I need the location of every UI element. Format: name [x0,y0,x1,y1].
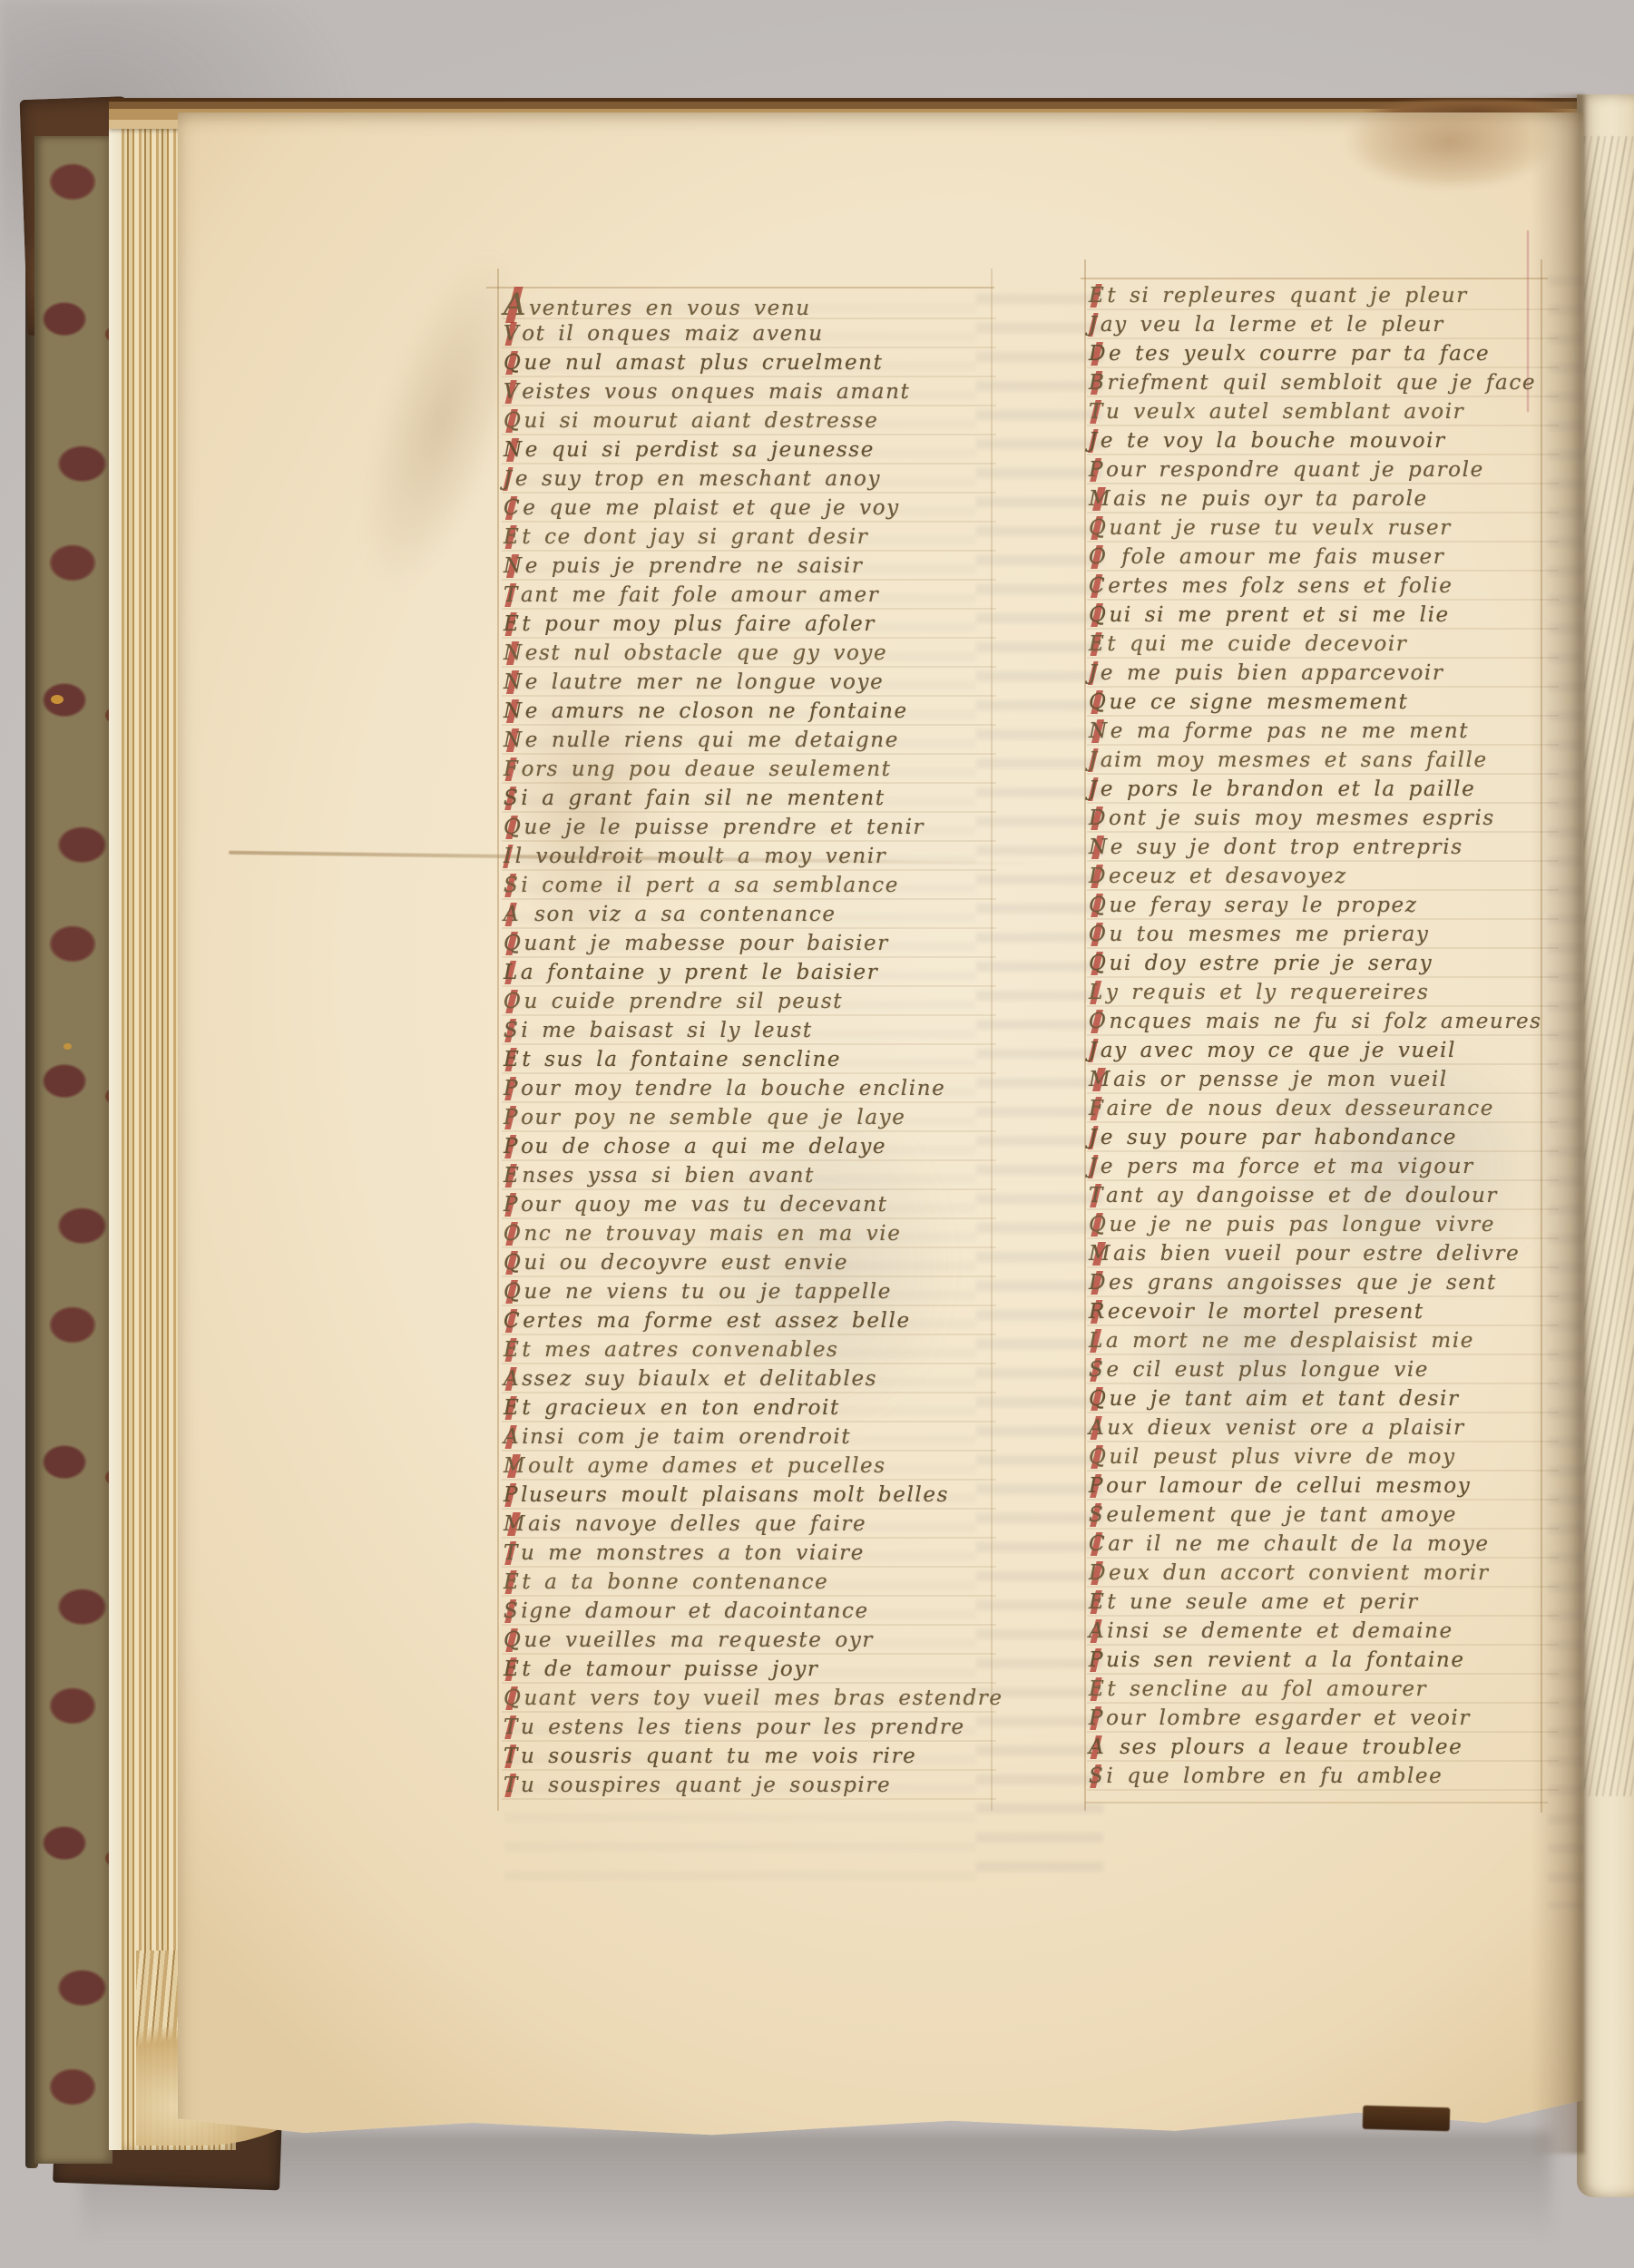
manuscript-line: Certes mes folz sens et folie [1087,572,1559,601]
rubricated-initial: E [502,1164,522,1188]
manuscript-line: Et de tamour puisse joyr [502,1655,996,1684]
manuscript-line: Quil peust plus vivre de moy [1087,1442,1559,1471]
manuscript-line: Qui si me prent et si me lie [1087,601,1559,630]
rubricated-initial: C [1087,574,1108,598]
ruling-line-vertical [1084,259,1086,1811]
manuscript-line: Oncques mais ne fu si folz ameures [1087,1007,1559,1036]
manuscript-line: Si que lombre en fu amblee [1087,1762,1559,1791]
marble-fleck [64,1043,72,1050]
rubricated-initial: N [502,641,525,665]
rubricated-initial: D [1087,342,1109,366]
rubricated-initial: T [1087,1184,1106,1207]
manuscript-line: De tes yeulx courre par ta face [1087,339,1559,368]
rubricated-initial: E [502,1048,522,1071]
rubricated-initial: F [502,758,522,781]
rubricated-initial: F [1087,1097,1107,1120]
manuscript-line: Deux dun accort convient morir [1087,1559,1559,1588]
manuscript-line: A ses plours a leaue troublee [1087,1733,1559,1762]
rubricated-initial: A [502,1425,522,1449]
rubricated-initial: M [1087,487,1113,511]
column-right-lines: Et si repleures quant je pleurJay veu la… [1087,281,1559,1791]
manuscript-line: Veistes vous onques mais amant [502,377,996,406]
rubricated-initial: E [1087,284,1107,308]
rubricated-initial: M [502,1454,528,1478]
rubricated-initial: E [502,1396,522,1420]
rubricated-initial: D [1087,1271,1109,1295]
manuscript-line: Tu veulx autel semblant avoir [1087,397,1559,426]
marble-fleck [51,695,64,704]
rubricated-initial: Q [502,816,523,839]
manuscript-line: Pour lombre esgarder et veoir [1087,1704,1559,1733]
rubricated-initial: Q [1087,603,1109,627]
manuscript-line: Dont je suis moy mesmes espris [1087,804,1559,833]
manuscript-line: Tu souspires quant je souspire [502,1771,996,1800]
rubricated-initial: N [502,554,525,578]
manuscript-line: Ne qui si perdist sa jeunesse [502,435,996,464]
rubricated-initial: Q [1087,1387,1109,1411]
rubricated-initial: B [1087,371,1108,395]
manuscript-line: Ainsi se demente et demaine [1087,1617,1559,1646]
column-left-lines: Aventures en vous venuVot il onques maiz… [502,290,996,1800]
manuscript-line: Pluseurs moult plaisans molt belles [502,1481,996,1510]
rubricated-initial: T [502,1716,521,1739]
rubricated-initial: C [1087,1532,1108,1556]
manuscript-line: Seulement que je tant amoye [1087,1501,1559,1530]
manuscript-line: Ne ma forme pas ne me ment [1087,717,1559,746]
manuscript-line: Que nul amast plus cruelment [502,348,996,377]
rubricated-initial: Q [1087,1213,1109,1237]
rubricated-initial: P [1087,1474,1106,1498]
rubricated-initial: Q [502,1628,523,1652]
manuscript-line: Que je tant aim et tant desir [1087,1384,1559,1413]
rubricated-initial: N [502,699,525,723]
rubricated-initial: A [502,903,522,926]
manuscript-line: Ainsi com je taim orendroit [502,1422,996,1452]
rubricated-initial: O [1087,923,1109,946]
manuscript-line: Ly requis et ly requereires [1087,978,1559,1007]
manuscript-line: Ne amurs ne closon ne fontaine [502,697,996,726]
manuscript-line: Moult ayme dames et pucelles [502,1452,996,1481]
manuscript-line: Il vouldroit moult a moy venir [502,842,996,871]
rubricated-initial: E [1087,632,1107,656]
manuscript-line: Qui si mourut aiant destresse [502,406,996,435]
rubricated-initial: M [1087,1068,1113,1091]
manuscript-line: Que ne viens tu ou je tappelle [502,1277,996,1306]
rubricated-initial: Q [502,1686,523,1710]
manuscript-line: Et si repleures quant je pleur [1087,281,1559,310]
manuscript-line: Quant je mabesse pour baisier [502,929,996,958]
manuscript-line: Si me baisast si ly leust [502,1016,996,1045]
rubricated-initial: T [1087,400,1106,424]
rubricated-initial: N [1087,719,1111,743]
rubricated-initial: C [502,1309,523,1333]
rubricated-initial: E [502,525,522,549]
manuscript-line: Signe damour et dacointance [502,1597,996,1626]
rubricated-initial: N [502,438,525,462]
manuscript-line: Et une seule ame et perir [1087,1588,1559,1617]
rubricated-initial: L [1087,981,1106,1004]
rubricated-initial: T [502,1541,521,1565]
rubricated-initial: T [502,1745,521,1768]
rubricated-initial: Q [502,409,523,433]
manuscript-line: Tu estens les tiens pour les prendre [502,1713,996,1742]
manuscript-line: Que je ne puis pas longue vivre [1087,1210,1559,1239]
manuscript-line: Quant vers toy vueil mes bras estendre [502,1684,996,1713]
manuscript-page: Aventures en vous venuVot il onques maiz… [178,112,1583,2149]
rubricated-initial: O [1087,1010,1109,1033]
manuscript-line: Deceuz et desavoyez [1087,862,1559,891]
rubricated-initial: J [1087,748,1101,772]
manuscript-line: Jaim moy mesmes et sans faille [1087,746,1559,775]
rubricated-initial: P [502,1135,521,1158]
rubricated-initial: N [1087,836,1111,859]
manuscript-line: Je pors le brandon et la paille [1087,775,1559,804]
manuscript-line: Mais bien vueil pour estre delivre [1087,1239,1559,1268]
gutter-shadow [1531,94,1584,2154]
manuscript-line: Se cil eust plus longue vie [1087,1355,1559,1384]
next-page-showthrough-text [1584,136,1634,1796]
rubricated-initial: S [502,787,521,810]
manuscript-line: Mais ne puis oyr ta parole [1087,484,1559,513]
manuscript-line: Et sencline au fol amourer [1087,1675,1559,1704]
text-column-left: Aventures en vous venuVot il onques maiz… [502,290,996,1800]
manuscript-line: Que je le puisse prendre et tenir [502,813,996,842]
rubricated-initial: P [1087,458,1106,482]
rubricated-initial: T [502,583,521,607]
rubricated-initial: Q [1087,516,1109,540]
manuscript-line: Pour moy tendre la bouche encline [502,1074,996,1103]
manuscript-line: Pour poy ne semble que je laye [502,1103,996,1132]
rubricated-initial: E [502,612,522,636]
rubricated-initial: Q [1087,894,1109,917]
manuscript-line: Pou de chose a qui me delaye [502,1132,996,1161]
manuscript-line: Puis sen revient a la fontaine [1087,1646,1559,1675]
manuscript-line: Et pour moy plus faire afoler [502,610,996,639]
manuscript-line: Si a grant fain sil ne mentent [502,784,996,813]
rubricated-initial: Q [1087,1445,1109,1469]
marbled-cover-paper [34,136,113,2164]
rubricated-initial: S [502,1019,521,1042]
rubricated-initial: A [1087,1619,1107,1643]
manuscript-line: Tu sousris quant tu me vois rire [502,1742,996,1771]
rubricated-initial: E [502,1570,522,1594]
manuscript-line: Ne suy je dont trop entrepris [1087,833,1559,862]
rubricated-initial: Q [502,1251,523,1275]
rubricated-initial: J [1087,1039,1101,1062]
rubricated-initial: T [502,1774,521,1797]
rubricated-initial: E [502,1338,522,1362]
rubricated-initial: D [1087,807,1109,830]
rubricated-initial: A [502,1367,522,1391]
manuscript-line: Ne lautre mer ne longue voye [502,668,996,697]
rubricated-initial: P [502,1483,521,1507]
rubricated-initial: Q [502,351,523,375]
manuscript-line: Mais navoye delles que faire [502,1510,996,1539]
rubricated-initial: P [1087,1648,1106,1672]
manuscript-line: Ou cuide prendre sil peust [502,987,996,1016]
rubricated-initial: M [1087,1242,1113,1266]
manuscript-line: Ne nulle riens qui me detaigne [502,726,996,755]
rubricated-initial: O [502,990,523,1013]
manuscript-line: A son viz a sa contenance [502,900,996,929]
manuscript-line: Des grans angoisses que je sent [1087,1268,1559,1297]
rubricated-initial: S [502,874,521,897]
ruling-line-horizontal [1085,1802,1548,1804]
rubricated-initial: J [1087,661,1101,685]
manuscript-line: La mort ne me desplaisist mie [1087,1326,1559,1355]
manuscript-line: Je te voy la bouche mouvoir [1087,426,1559,455]
ruling-line-horizontal [1081,278,1548,279]
rubricated-initial: L [502,961,521,984]
manuscript-line: Assez suy biaulx et delitables [502,1364,996,1393]
rubricated-initial: N [502,670,525,694]
rubricated-initial: O [1087,545,1109,569]
manuscript-line: Si come il pert a sa semblance [502,871,996,900]
manuscript-line: Je pers ma force et ma vigour [1087,1152,1559,1181]
manuscript-line: Pour lamour de cellui mesmoy [1087,1471,1559,1501]
rubricated-initial: J [1087,1155,1101,1178]
manuscript-line: Et sus la fontaine sencline [502,1045,996,1074]
manuscript-line: Onc ne trouvay mais en ma vie [502,1219,996,1248]
rubricated-initial: S [1087,1503,1106,1527]
rubricated-initial: E [1087,1590,1107,1614]
rubricated-initial: V [502,380,522,404]
rubricated-initial: N [502,728,525,752]
rubricated-initial: J [1087,429,1101,453]
text-column-right: Et si repleures quant je pleurJay veu la… [1087,281,1559,1791]
manuscript-line: Faire de nous deux desseurance [1087,1094,1559,1123]
manuscript-line: Ou tou mesmes me prieray [1087,920,1559,949]
rubricated-initial: O [502,1222,523,1246]
rubricated-initial: D [1087,865,1109,888]
manuscript-line: Ce que me plaist et que je voy [502,494,996,523]
rubricated-initial: I [502,845,515,868]
rubricated-initial: P [1087,1706,1106,1730]
manuscript-line: Vot il onques maiz avenu [502,319,996,348]
rubricated-initial: D [1087,1561,1109,1585]
rubricated-initial: J [1087,777,1101,801]
manuscript-line: Je me puis bien apparcevoir [1087,659,1559,688]
rubricated-initial: M [502,1512,528,1536]
manuscript-line: Et a ta bonne contenance [502,1568,996,1597]
rubricated-initial: S [1087,1765,1106,1788]
manuscript-line: Je suy poure par habondance [1087,1123,1559,1152]
manuscript-line: Qui doy estre prie je seray [1087,949,1559,978]
manuscript-line: Briefment quil sembloit que je face [1087,368,1559,397]
manuscript-line: Jay avec moy ce que je vueil [1087,1036,1559,1065]
rubricated-initial: Q [1087,952,1109,975]
ruling-line-vertical [497,269,499,1811]
photograph: Aventures en vous venuVot il onques maiz… [0,0,1634,2268]
manuscript-line: Recevoir le mortel present [1087,1297,1559,1326]
rubricated-initial: P [502,1106,521,1129]
rubricated-initial: A [1087,1735,1107,1759]
manuscript-line: Certes ma forme est assez belle [502,1306,996,1335]
rubricated-initial: P [502,1193,521,1217]
manuscript-line: Que ce signe mesmement [1087,688,1559,717]
backdrop-shadow-bottom [82,2132,1551,2241]
manuscript-line: La fontaine y prent le baisier [502,958,996,987]
rubricated-initial: J [1087,313,1101,337]
manuscript-line: Car il ne me chault de la moye [1087,1530,1559,1559]
manuscript-line: Et qui me cuide decevoir [1087,630,1559,659]
manuscript-line: Je suy trop en meschant anoy [502,464,996,494]
rubricated-initial: Q [502,932,523,955]
rubricated-initial: E [1087,1677,1107,1701]
manuscript-line: Jay veu la lerme et le pleur [1087,310,1559,339]
manuscript-line: Mais or pensse je mon vueil [1087,1065,1559,1094]
rubricated-initial: J [1087,1126,1101,1149]
rubricated-initial: A [1087,1416,1107,1440]
manuscript-line: Et mes aatres convenables [502,1335,996,1364]
rubricated-initial: Q [1087,690,1109,714]
manuscript-line: Tu me monstres a ton viaire [502,1539,996,1568]
manuscript-line: Tant me fait fole amour amer [502,581,996,610]
rubricated-initial: P [502,1077,521,1100]
rubricated-initial: L [1087,1329,1106,1353]
manuscript-line: Qui ou decoyvre eust envie [502,1248,996,1277]
rubricated-initial: S [502,1599,521,1623]
manuscript-line: Enses yssa si bien avant [502,1161,996,1190]
manuscript-line: Pour respondre quant je parole [1087,455,1559,484]
manuscript-line: Et gracieux en ton endroit [502,1393,996,1422]
manuscript-line: Ne puis je prendre ne saisir [502,552,996,581]
manuscript-line: O fole amour me fais muser [1087,543,1559,572]
rubricated-initial: J [502,467,515,491]
manuscript-line: Aux dieux venist ore a plaisir [1087,1413,1559,1442]
manuscript-line: Que feray seray le propez [1087,891,1559,920]
manuscript-line: Que vueilles ma requeste oyr [502,1626,996,1655]
rubricated-initial: R [1087,1300,1108,1324]
ruling-line-horizontal [486,287,994,288]
rubricated-initial: V [502,322,522,346]
rubricated-initial: C [502,496,523,520]
manuscript-line: Et ce dont jay si grant desir [502,523,996,552]
rubricated-initial: E [502,1657,522,1681]
rubricated-initial: S [1087,1358,1106,1382]
rubricated-initial: Q [502,1280,523,1304]
manuscript-line: Nest nul obstacle que gy voye [502,639,996,668]
rubricated-initial: A [502,287,529,323]
manuscript-line: Tant ay dangoisse et de doulour [1087,1181,1559,1210]
manuscript-line: Fors ung pou deaue seulement [502,755,996,784]
manuscript-line: Pour quoy me vas tu decevant [502,1190,996,1219]
manuscript-line: Quant je ruse tu veulx ruser [1087,513,1559,543]
binding-tail-band [1363,2106,1451,2132]
manuscript-line: Aventures en vous venu [502,290,996,319]
